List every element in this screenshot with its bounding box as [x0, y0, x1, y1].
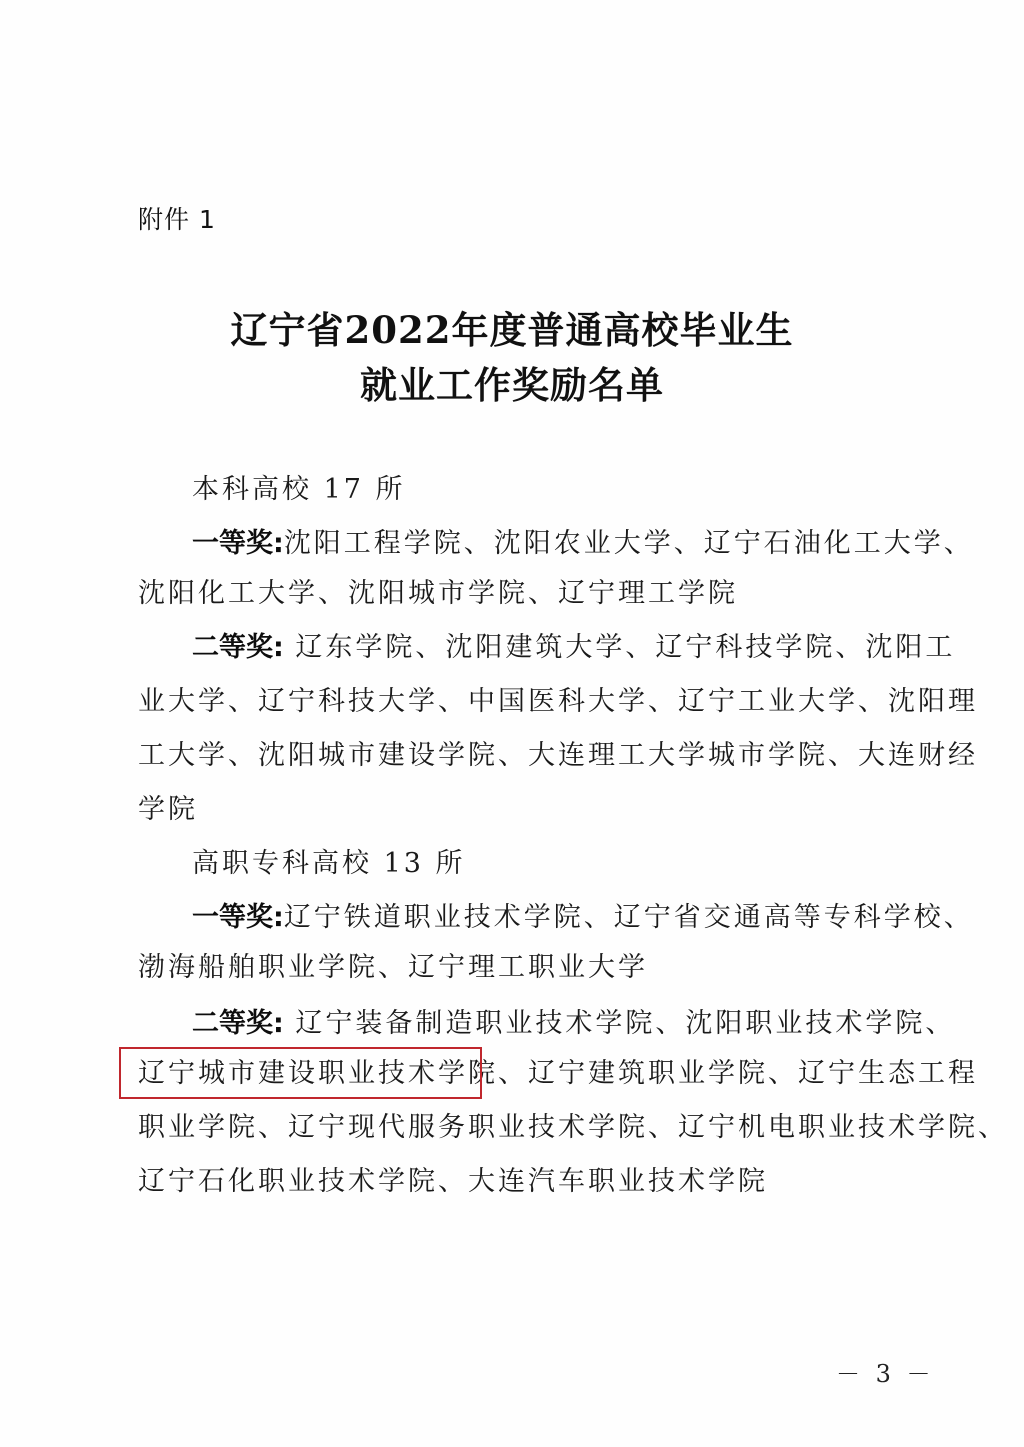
undergraduate-second-prize-line: 二等奖: 辽东学院、沈阳建筑大学、辽宁科技学院、沈阳工	[192, 632, 955, 664]
undergraduate-first-prize-line: 一等奖:沈阳工程学院、沈阳农业大学、辽宁石油化工大学、	[192, 528, 974, 560]
second-prize-label: 二等奖:	[192, 1008, 284, 1039]
first-prize-label: 一等奖:	[192, 528, 284, 559]
attachment-label: 附件 1	[138, 200, 216, 236]
first-prize-label: 一等奖:	[192, 902, 284, 933]
vocational-first-prize-line: 渤海船舶职业学院、辽宁理工职业大学	[138, 952, 648, 984]
second-prize-schools: 辽宁建筑职业学院、辽宁生态工程	[528, 1058, 978, 1089]
page-number: － 3 －	[836, 1354, 935, 1389]
document-title-line2: 就业工作奖励名单	[0, 355, 1024, 409]
document-title-line1: 辽宁省2022年度普通高校毕业生	[0, 300, 1024, 354]
vocational-second-prize-line: 辽宁石化职业技术学院、大连汽车职业技术学院	[138, 1166, 768, 1198]
second-prize-schools: 辽东学院、沈阳建筑大学、辽宁科技学院、沈阳工	[284, 632, 956, 663]
vocational-heading: 高职专科高校 13 所	[192, 848, 466, 880]
undergraduate-second-prize-line: 工大学、沈阳城市建设学院、大连理工大学城市学院、大连财经	[138, 740, 978, 772]
undergraduate-first-prize-line: 沈阳化工大学、沈阳城市学院、辽宁理工学院	[138, 578, 738, 610]
undergraduate-second-prize-line: 学院	[138, 794, 198, 826]
vocational-first-prize-line: 一等奖:辽宁铁道职业技术学院、辽宁省交通高等专科学校、	[192, 902, 974, 934]
vocational-second-prize-line: 职业学院、辽宁现代服务职业技术学院、辽宁机电职业技术学院、	[138, 1112, 1008, 1144]
vocational-second-prize-line: 二等奖: 辽宁装备制造职业技术学院、沈阳职业技术学院、	[192, 1008, 955, 1040]
document-page: 附件 1 辽宁省2022年度普通高校毕业生 就业工作奖励名单 本科高校 17 所…	[0, 0, 1024, 1447]
first-prize-schools: 辽宁铁道职业技术学院、辽宁省交通高等专科学校、	[284, 902, 974, 933]
highlight-box	[119, 1047, 482, 1099]
undergraduate-heading: 本科高校 17 所	[192, 474, 406, 506]
undergraduate-second-prize-line: 业大学、辽宁科技大学、中国医科大学、辽宁工业大学、沈阳理	[138, 686, 978, 718]
first-prize-schools: 沈阳工程学院、沈阳农业大学、辽宁石油化工大学、	[284, 528, 974, 559]
second-prize-schools: 辽宁装备制造职业技术学院、沈阳职业技术学院、	[284, 1008, 956, 1039]
second-prize-label: 二等奖:	[192, 632, 284, 663]
